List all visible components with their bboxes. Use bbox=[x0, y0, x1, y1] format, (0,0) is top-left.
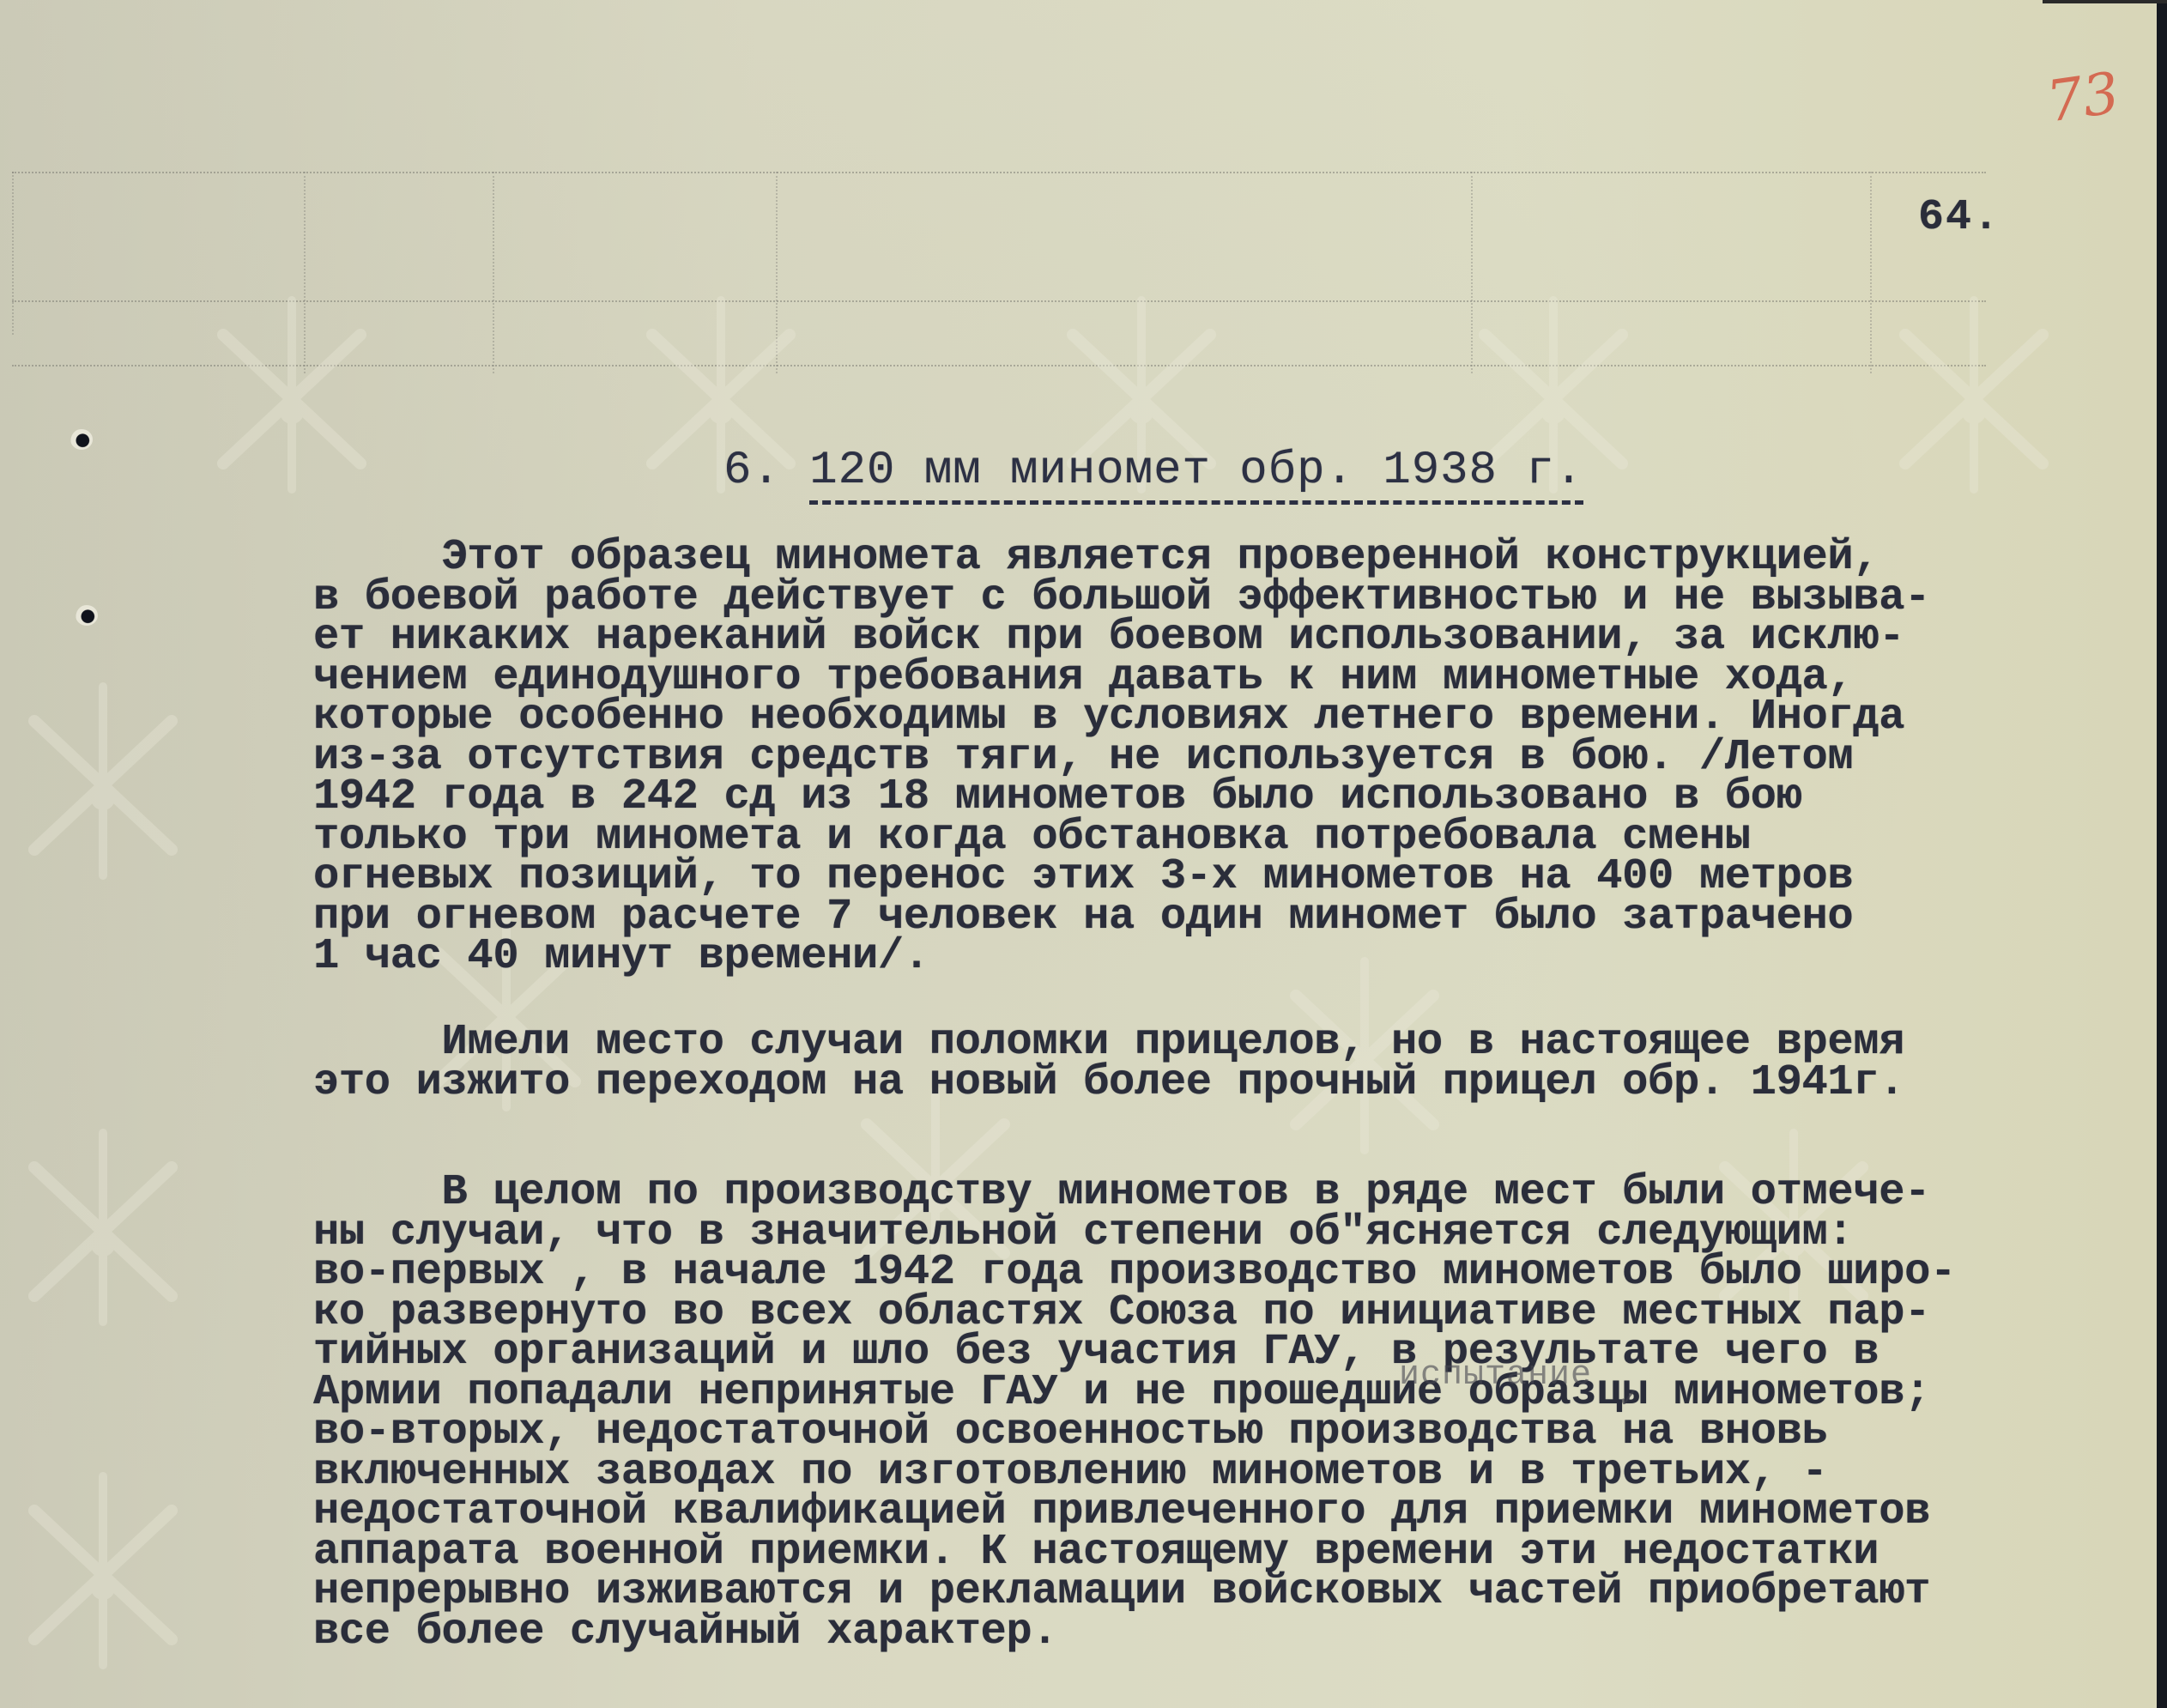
watermark-emblem-icon bbox=[9, 669, 197, 893]
watermark-emblem-icon bbox=[1879, 283, 2068, 506]
text-line: 1 час 40 минут времени/. bbox=[313, 936, 929, 978]
watermark-emblem-icon bbox=[197, 283, 386, 506]
handwritten-insert: испытание bbox=[1399, 1356, 1592, 1395]
section-title-text: 120 мм миномет обр. 1938 г. bbox=[809, 445, 1583, 505]
document-page: 73 64. 6. 120 мм миномет обр. 1938 г. Эт… bbox=[0, 0, 2157, 1708]
punch-hole bbox=[70, 429, 93, 450]
watermark-emblem-icon bbox=[9, 1459, 197, 1682]
section-number: 6. bbox=[723, 445, 781, 497]
insert-caret-icon: ✓ bbox=[1618, 1384, 1639, 1414]
archive-mark: 73 bbox=[2043, 60, 2123, 136]
scan-edge-top bbox=[2043, 0, 2167, 3]
punch-hole bbox=[76, 605, 98, 626]
watermark-emblem-icon bbox=[9, 1116, 197, 1339]
page-number: 64. bbox=[1918, 193, 2001, 242]
section-title: 6. 120 мм миномет обр. 1938 г. bbox=[723, 445, 1583, 497]
text-line: это изжито переходом на новый более проч… bbox=[313, 1062, 1904, 1105]
scan-edge bbox=[2157, 0, 2167, 1708]
text-line: все более случайный характер. bbox=[313, 1611, 1057, 1654]
